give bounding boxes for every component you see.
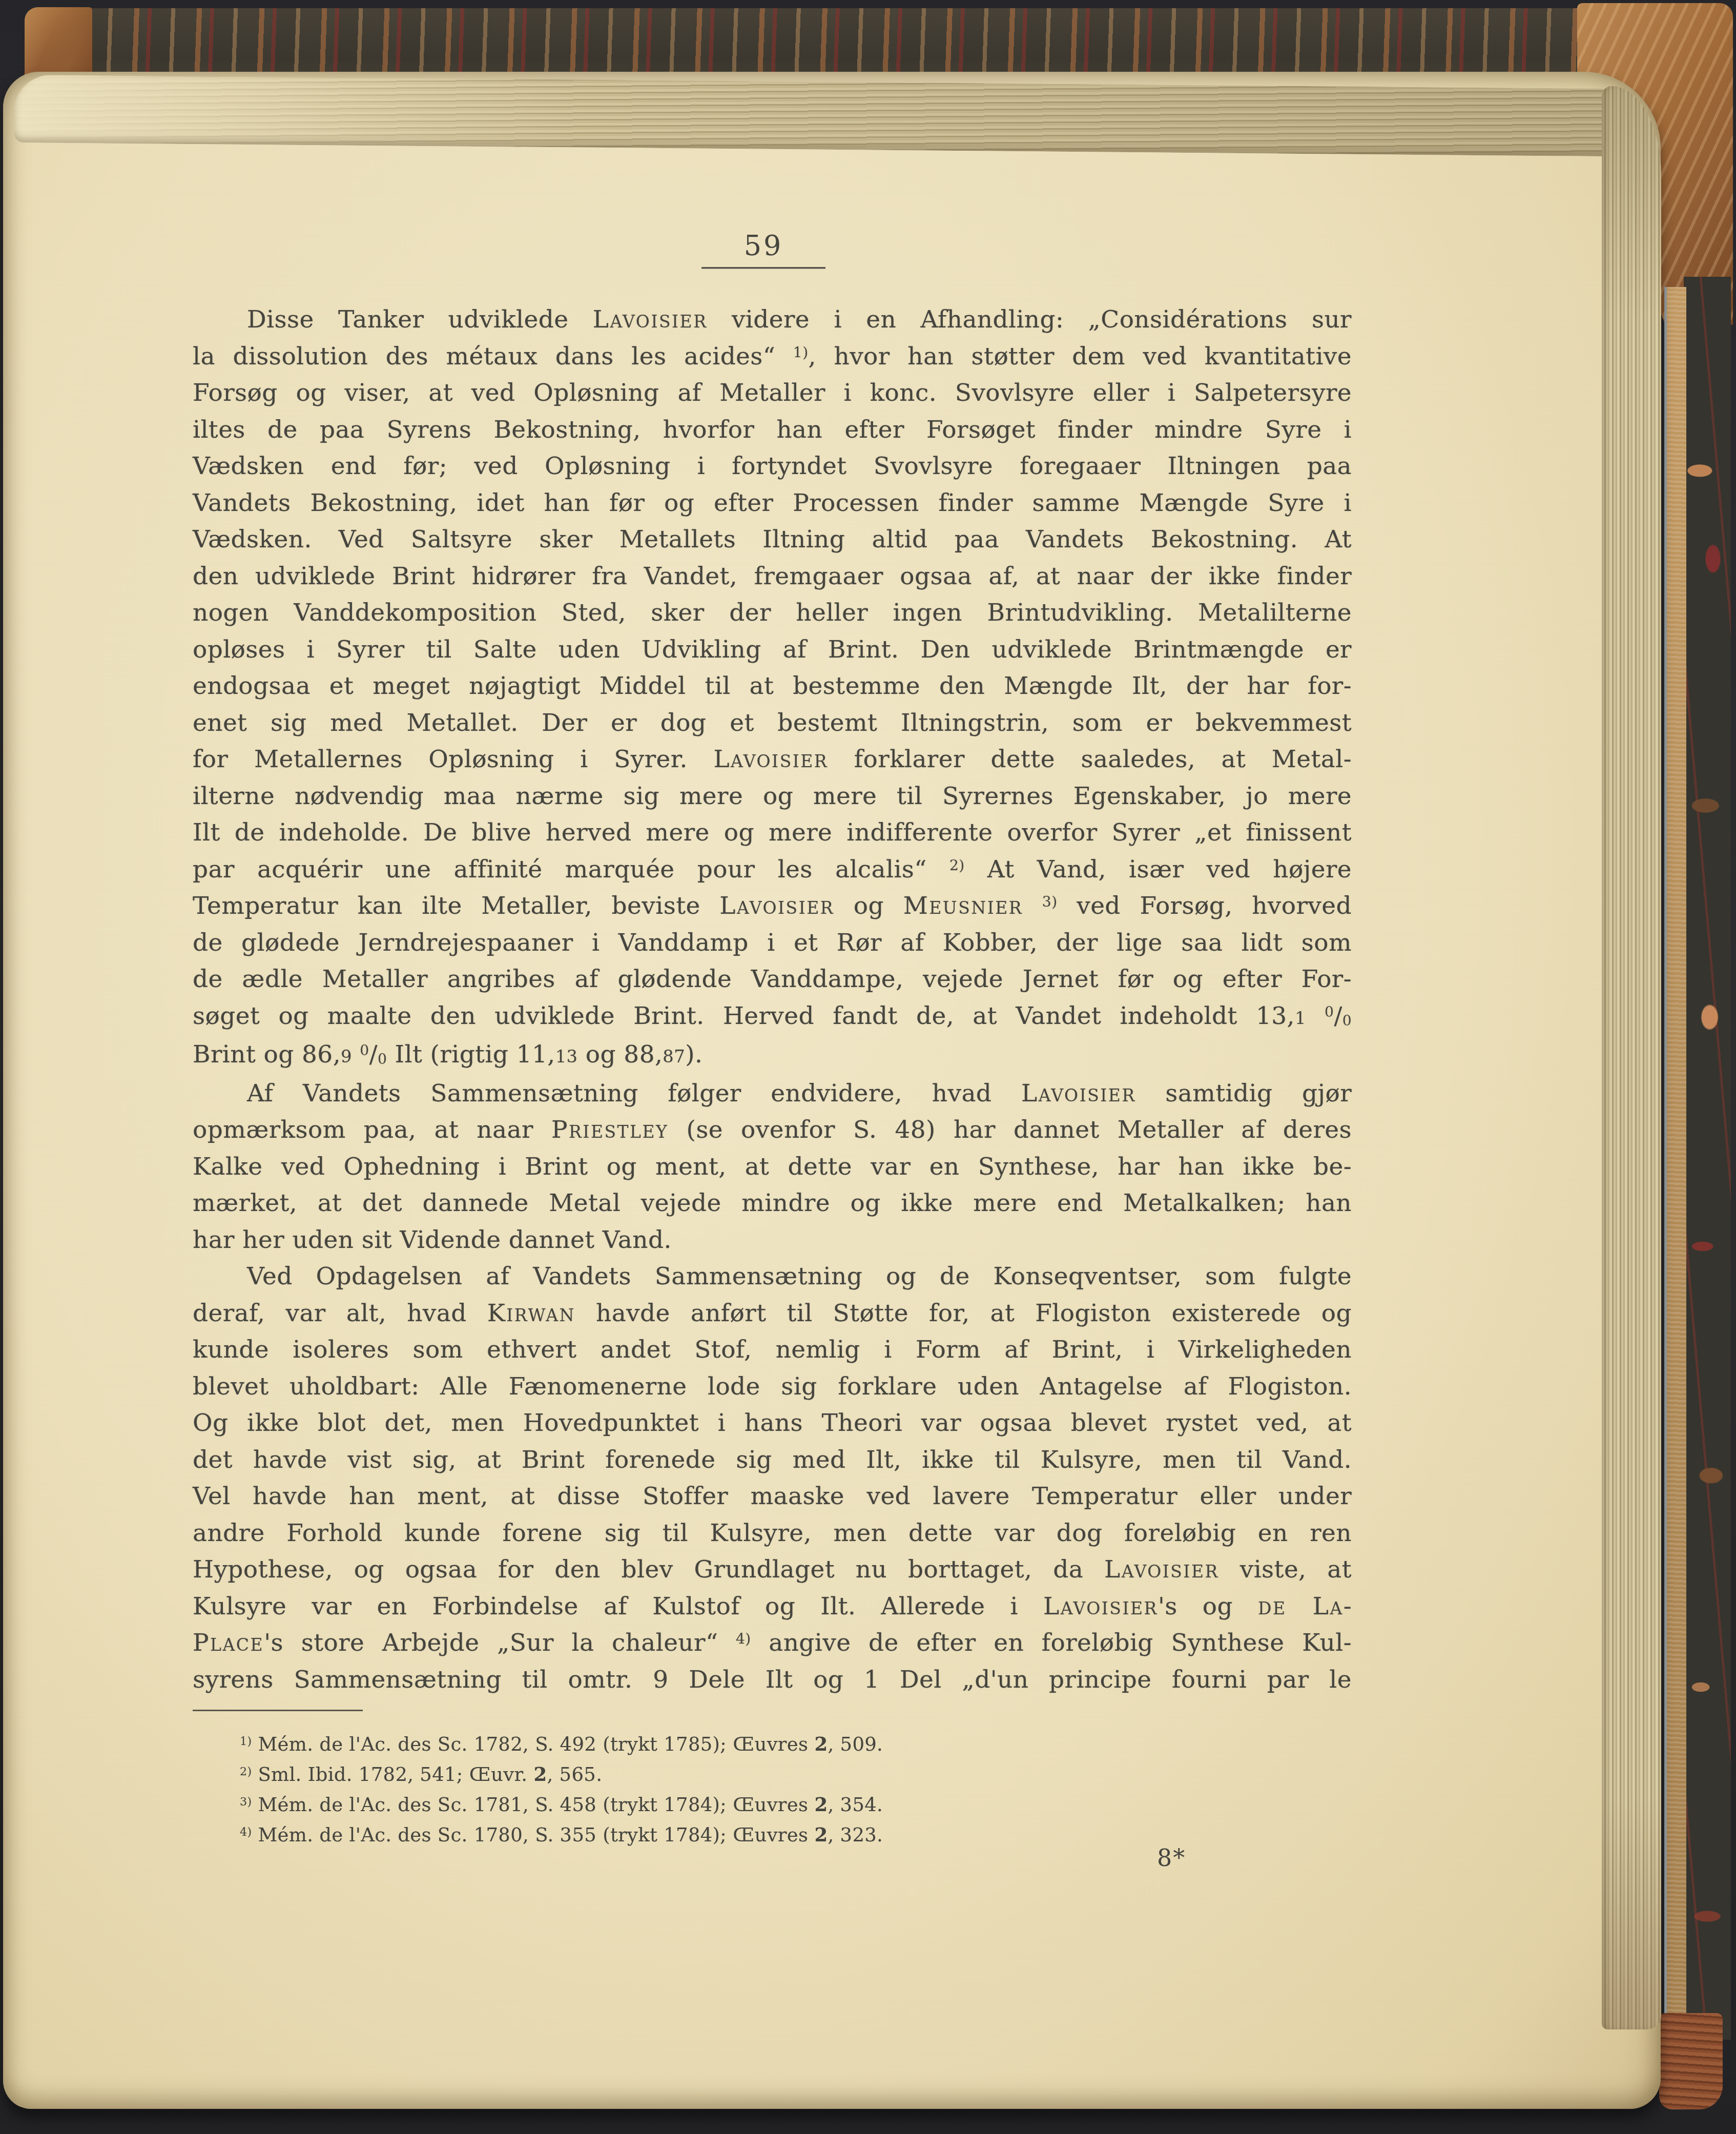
text-line: for Metallernes Opløsning i Syrer. Lavoi…	[193, 741, 1352, 778]
text-line: de glødede Jerndrejespaaner i Vanddamp i…	[193, 925, 1352, 961]
text-line: den udviklede Brint hidrører fra Vandet,…	[193, 558, 1352, 595]
text-line: ilterne nødvendig maa nærme sig mere og …	[193, 778, 1352, 815]
page-fore-edge-stack	[1602, 86, 1661, 2029]
signature-mark: 8*	[1157, 1844, 1186, 1872]
text-line: Kalke ved Ophedning i Brint og ment, at …	[193, 1148, 1352, 1185]
text-line: nogen Vanddekomposition Sted, sker der h…	[193, 594, 1352, 631]
board-edge-strip	[1664, 287, 1686, 2029]
text-line: de ædle Metaller angribes af glødende Va…	[193, 961, 1352, 998]
text-line: Ilt de indeholde. De blive herved mere o…	[193, 814, 1352, 851]
text-line: la dissolution des métaux dans les acide…	[193, 338, 1352, 375]
text-line: opløses i Syrer til Salte uden Udvikling…	[193, 631, 1352, 668]
marbled-board-top-edge	[72, 8, 1606, 81]
text-line: Vædsken. Ved Saltsyre sker Metallets Ilt…	[193, 521, 1352, 558]
page-number-rule	[701, 267, 825, 269]
footnote-separator	[193, 1710, 363, 1711]
footnotes: 1) Mém. de l'Ac. des Sc. 1782, S. 492 (t…	[240, 1729, 1316, 1850]
text-line: par acquérir une affinité marquée pour l…	[193, 851, 1352, 888]
text-line: Hypothese, og ogsaa for den blev Grundla…	[193, 1551, 1352, 1588]
text-line: deraf, var alt, hvad Kirwan havde anført…	[193, 1295, 1352, 1332]
text-line: iltes de paa Syrens Bekostning, hvorfor …	[193, 412, 1352, 448]
text-line: Vædsken end før; ved Opløsning i fortynd…	[193, 448, 1352, 485]
page-header: 59	[697, 230, 830, 269]
text-line: det havde vist sig, at Brint forenede si…	[193, 1442, 1352, 1479]
text-line: Place's store Arbejde „Sur la chaleur“ 4…	[193, 1625, 1352, 1661]
text-line: Brint og 86,9 0/0 Ilt (rigtig 11,13 og 8…	[193, 1036, 1352, 1075]
text-line: Og ikke blot det, men Hovedpunktet i han…	[193, 1405, 1352, 1442]
footnote-line: 2) Sml. Ibid. 1782, 541; Œuvr. 2, 565.	[240, 1759, 1316, 1790]
book-scan: 59 Disse Tanker udviklede Lavoisier vide…	[0, 0, 1736, 2134]
text-line: andre Forhold kunde forene sig til Kulsy…	[193, 1515, 1352, 1552]
footnote-line: 4) Mém. de l'Ac. des Sc. 1780, S. 355 (t…	[240, 1820, 1316, 1850]
footnote-line: 1) Mém. de l'Ac. des Sc. 1782, S. 492 (t…	[240, 1729, 1316, 1759]
book-page: 59 Disse Tanker udviklede Lavoisier vide…	[3, 72, 1661, 2109]
text-line: Temperatur kan ilte Metaller, beviste La…	[193, 888, 1352, 925]
footnote-line: 3) Mém. de l'Ac. des Sc. 1781, S. 458 (t…	[240, 1790, 1316, 1820]
text-line: søget og maalte den udviklede Brint. Her…	[193, 998, 1352, 1037]
page-top-edge-stack	[14, 75, 1621, 156]
text-line: Ved Opdagelsen af Vandets Sammensætning …	[193, 1258, 1352, 1295]
text-line: mærket, at det dannede Metal vejede mind…	[193, 1185, 1352, 1222]
text-line: opmærksom paa, at naar Priestley (se ove…	[193, 1112, 1352, 1148]
text-line: Vandets Bekostning, idet han før og efte…	[193, 485, 1352, 522]
text-line: blevet uholdbart: Alle Fænomenerne lode …	[193, 1368, 1352, 1405]
text-line: enet sig med Metallet. Der er dog et bes…	[193, 705, 1352, 742]
text-line: Disse Tanker udviklede Lavoisier videre …	[193, 301, 1352, 338]
text-line: har her uden sit Vidende dannet Vand.	[193, 1222, 1352, 1259]
text-line: endogsaa et meget nøjagtigt Middel til a…	[193, 668, 1352, 705]
page-edges-bottom-right	[1659, 2013, 1723, 2109]
text-line: syrens Sammensætning til omtr. 9 Dele Il…	[193, 1661, 1352, 1698]
body-text: Disse Tanker udviklede Lavoisier videre …	[193, 301, 1352, 1698]
page-number: 59	[697, 230, 830, 262]
text-line: Forsøg og viser, at ved Opløsning af Met…	[193, 375, 1352, 412]
leather-corner-top-left	[25, 7, 92, 80]
text-line: Af Vandets Sammensætning følger endvider…	[193, 1075, 1352, 1112]
marbled-board-right-edge	[1684, 277, 1731, 2040]
text-line: Vel havde han ment, at disse Stoffer maa…	[193, 1478, 1352, 1515]
text-line: kunde isoleres som ethvert andet Stof, n…	[193, 1331, 1352, 1368]
text-line: Kulsyre var en Forbindelse af Kulstof og…	[193, 1588, 1352, 1625]
